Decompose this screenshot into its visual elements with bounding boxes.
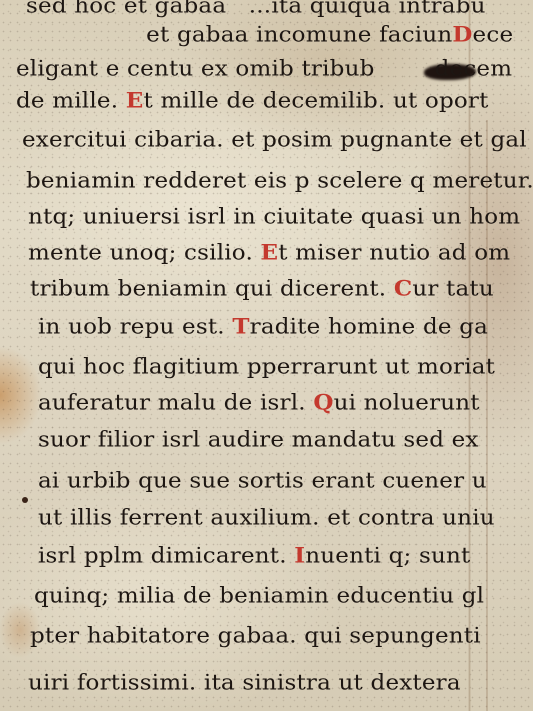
line-text: ur tatu xyxy=(412,277,494,301)
line-text: de mille. xyxy=(16,89,126,113)
line-text: sed hoc xyxy=(26,0,124,18)
line-text: mente unoq; csilio. xyxy=(28,241,260,265)
rubricated-initial: E xyxy=(126,88,144,113)
manuscript-line: in uob repu est. Tradite homine de ga xyxy=(38,314,488,339)
rubricated-initial: C xyxy=(394,276,413,301)
line-text: ece xyxy=(473,23,514,47)
line-text: ntq; uniuersi isrl in ciuitate quasi un … xyxy=(28,205,520,229)
line-text: ai urbib que sue sortis erant cuener u xyxy=(38,469,487,493)
line-text: isrl pplm dimicarent. xyxy=(38,544,294,568)
manuscript-line: suor filior isrl audire mandatu sed ex xyxy=(38,428,479,452)
manuscript-line: uiri fortissimi. ita sinistra ut dextera xyxy=(28,671,461,695)
line-text: et gabaa incomune faciun xyxy=(26,23,452,47)
manuscript-line: eligant e centu ex omib tribub decem xyxy=(16,57,512,81)
manuscript-line: exercitui cibaria. et posim pugnante et … xyxy=(22,128,527,152)
line-text: pter habitatore gabaa. qui sepungenti xyxy=(30,624,481,648)
line-text: eligant e centu ex omib tribub xyxy=(16,57,382,81)
manuscript-line: ai urbib que sue sortis erant cuener u xyxy=(38,469,487,493)
rubricated-initial: D xyxy=(452,22,472,47)
manuscript-line: mente unoq; csilio. Et miser nutio ad om xyxy=(28,240,510,265)
line-text: radite homine de ga xyxy=(250,315,488,339)
line-text: auferatur malu de isrl. xyxy=(38,391,313,415)
manuscript-line: beniamin redderet eis p scelere q meretu… xyxy=(26,168,533,193)
line-text: suor filior isrl audire mandatu sed ex xyxy=(38,428,479,452)
manuscript-line: sed hoc et gabaa ...ita quiqua intrabu xyxy=(26,0,486,18)
line-text: decem xyxy=(382,57,512,81)
manuscript-line: ntq; uniuersi isrl in ciuitate quasi un … xyxy=(28,205,520,229)
line-text: in uob repu est. xyxy=(38,315,232,339)
line-text: uiri fortissimi. ita sinistra ut dextera xyxy=(28,671,461,695)
line-text: beniamin redderet eis p scelere q meretu… xyxy=(26,169,533,193)
manuscript-line: isrl pplm dimicarent. Inuenti q; sunt xyxy=(38,543,470,568)
manuscript-line: tribum beniamin qui dicerent. Cur tatu xyxy=(30,276,494,301)
manuscript-line: et gabaa incomune faciunDece xyxy=(26,22,513,47)
rubricated-initial: T xyxy=(232,314,249,339)
line-text: ut illis ferrent auxilium. et contra uni… xyxy=(38,506,495,530)
manuscript-line: ut illis ferrent auxilium. et contra uni… xyxy=(38,506,495,530)
line-text: qui hoc flagitium pperrarunt ut moriat xyxy=(38,355,495,379)
line-text: t mille de decemilib. ut oport xyxy=(144,89,489,113)
line-text: t miser nutio ad om xyxy=(278,241,510,265)
line-text: quinq; milia de beniamin educentiu gl xyxy=(34,584,484,608)
line-text: tribum beniamin qui dicerent. xyxy=(30,277,394,301)
rubricated-initial: I xyxy=(294,543,305,568)
manuscript-line: auferatur malu de isrl. Qui noluerunt xyxy=(38,390,480,415)
line-text: ui noluerunt xyxy=(334,391,480,415)
manuscript-line: quinq; milia de beniamin educentiu gl xyxy=(34,584,484,608)
manuscript-text-block: sed hoc et gabaa ...ita quiqua intrabu e… xyxy=(0,0,533,711)
line-text: et gabaa ...ita quiqua intrabu xyxy=(124,0,486,18)
line-text: nuenti q; sunt xyxy=(305,544,470,568)
line-text: exercitui cibaria. et posim pugnante et … xyxy=(22,128,527,152)
manuscript-line: qui hoc flagitium pperrarunt ut moriat xyxy=(38,355,495,379)
manuscript-line: de mille. Et mille de decemilib. ut opor… xyxy=(16,88,489,113)
manuscript-line: pter habitatore gabaa. qui sepungenti xyxy=(30,624,481,648)
rubricated-initial: E xyxy=(260,240,278,265)
rubricated-initial: Q xyxy=(313,390,333,415)
